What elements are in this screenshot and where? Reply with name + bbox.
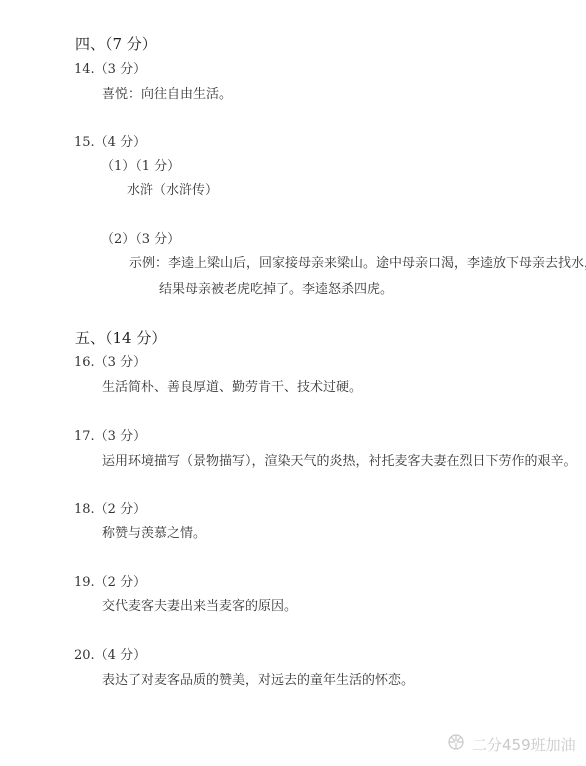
question-15-part-2-answer-line-1: 示例：李逵上梁山后，回家接母亲来梁山。途中母亲口渴，李逵放下母亲去找水，: [129, 257, 586, 270]
question-15-part-2-label: （2）（3 分）: [101, 233, 180, 246]
question-20-label: 20.（4 分）: [74, 649, 146, 662]
wechat-moments-icon: [446, 732, 466, 756]
question-14-answer: 喜悦：向往自由生活。: [102, 88, 232, 101]
question-15-part-1-answer: 水浒（水浒传）: [127, 184, 218, 197]
question-14-label: 14.（3 分）: [74, 63, 146, 76]
question-20-answer: 表达了对麦客品质的赞美，对远去的童年生活的怀恋。: [102, 674, 414, 687]
question-17-answer: 运用环境描写（景物描写），渲染天气的炎热，衬托麦客夫妻在烈日下劳作的艰辛。: [102, 455, 577, 468]
question-16-label: 16.（3 分）: [74, 356, 146, 369]
section-heading-5: 五、（14 分）: [75, 331, 166, 346]
question-18-label: 18.（2 分）: [74, 503, 146, 516]
question-19-answer: 交代麦客夫妻出来当麦客的原因。: [102, 600, 297, 613]
question-17-label: 17.（3 分）: [74, 430, 146, 443]
question-18-answer: 称赞与羡慕之情。: [102, 527, 206, 540]
question-15-part-1-label: （1）（1 分）: [101, 160, 180, 173]
question-15-label: 15.（4 分）: [74, 136, 146, 149]
watermark-text: 二分459班加油: [472, 734, 576, 755]
watermark: 二分459班加油: [446, 732, 576, 756]
question-16-answer: 生活简朴、善良厚道、勤劳肯干、技术过硬。: [102, 381, 362, 394]
question-15-part-2-answer-line-2: 结果母亲被老虎吃掉了。李逵怒杀四虎。: [159, 283, 393, 296]
question-19-label: 19.（2 分）: [74, 576, 146, 589]
section-heading-4: 四、（7 分）: [75, 37, 157, 52]
